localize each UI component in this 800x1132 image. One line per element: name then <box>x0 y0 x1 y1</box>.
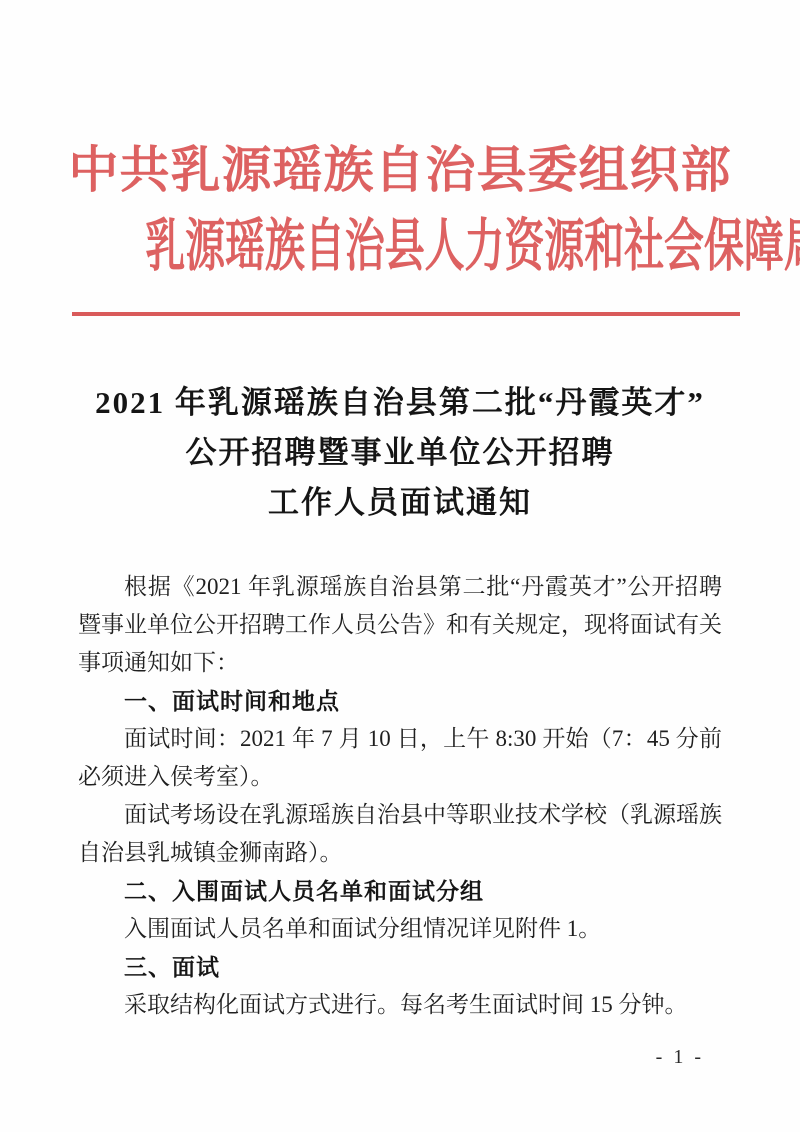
red-divider-rule <box>72 312 740 316</box>
document-title-line-3: 工作人员面试通知 <box>0 478 800 528</box>
org-name-line-1: 中共乳源瑶族自治县委组织部 <box>0 138 800 202</box>
page-number: - 1 - <box>656 1046 704 1069</box>
org-name-line-2: 乳源瑶族自治县人力资源和社会保障局 <box>145 210 800 284</box>
section-heading-2: 二、入围面试人员名单和面试分组 <box>78 872 722 910</box>
paragraph-intro: 根据《2021 年乳源瑶族自治县第二批“丹霞英才”公开招聘暨事业单位公开招聘工作… <box>78 568 722 682</box>
section-heading-3: 三、面试 <box>78 948 722 986</box>
section-heading-1: 一、面试时间和地点 <box>78 682 722 720</box>
document-body: 根据《2021 年乳源瑶族自治县第二批“丹霞英才”公开招聘暨事业单位公开招聘工作… <box>78 568 722 1024</box>
org-name-line-2-wrap: 乳源瑶族自治县人力资源和社会保障局 <box>0 210 800 298</box>
document-page: 中共乳源瑶族自治县委组织部 乳源瑶族自治县人力资源和社会保障局 2021 年乳源… <box>0 0 800 1132</box>
letterhead: 中共乳源瑶族自治县委组织部 乳源瑶族自治县人力资源和社会保障局 <box>0 138 800 298</box>
paragraph-interview-format: 采取结构化面试方式进行。每名考生面试时间 15 分钟。 <box>78 986 722 1024</box>
document-title: 2021 年乳源瑶族自治县第二批“丹霞英才” 公开招聘暨事业单位公开招聘 工作人… <box>0 378 800 528</box>
document-title-line-2: 公开招聘暨事业单位公开招聘 <box>0 428 800 478</box>
paragraph-interview-venue: 面试考场设在乳源瑶族自治县中等职业技术学校（乳源瑶族自治县乳城镇金狮南路）。 <box>78 796 722 872</box>
document-title-line-1: 2021 年乳源瑶族自治县第二批“丹霞英才” <box>0 378 800 428</box>
paragraph-interview-time: 面试时间：2021 年 7 月 10 日，上午 8:30 开始（7：45 分前必… <box>78 720 722 796</box>
paragraph-shortlist-note: 入围面试人员名单和面试分组情况详见附件 1。 <box>78 910 722 948</box>
